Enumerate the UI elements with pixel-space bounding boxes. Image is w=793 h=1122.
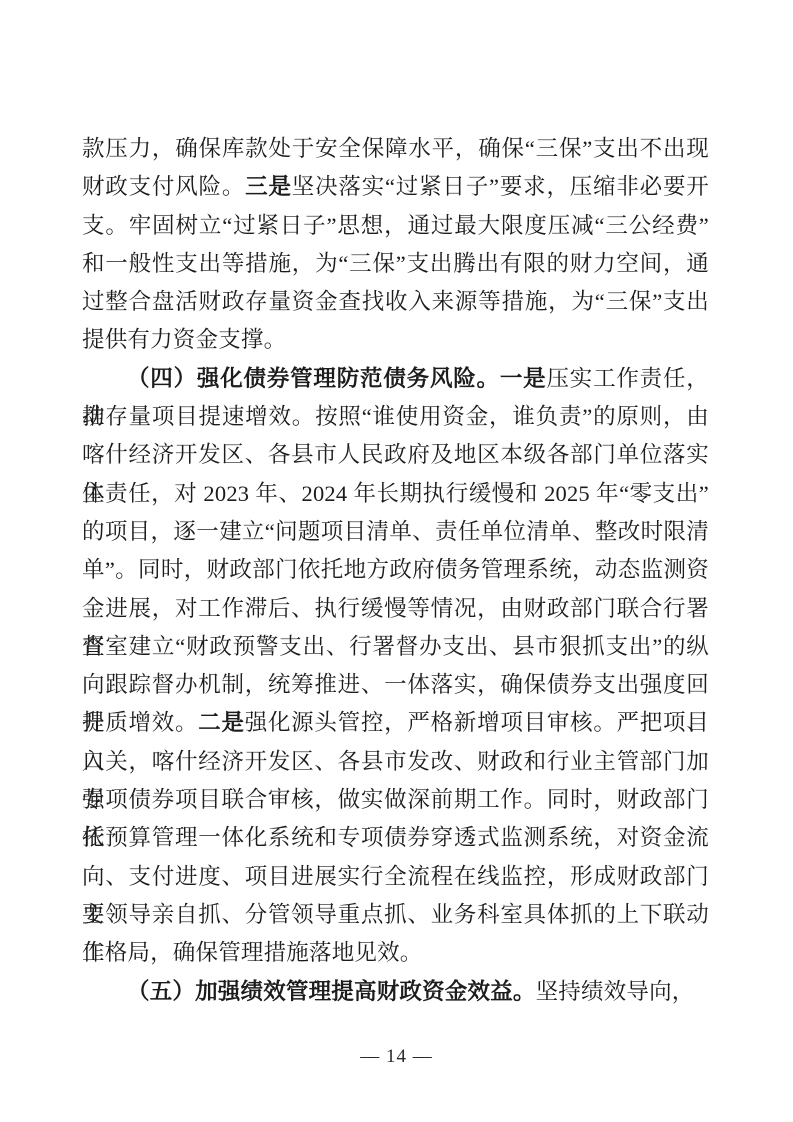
text-line: 的项目，逐一建立“问题项目清单、责任单位清单、整改时限清 bbox=[82, 513, 709, 551]
text-segment: 动存量项目提速增效。按照“谁使用资金，谁负责”的原则，由 bbox=[82, 404, 709, 429]
text-line: 和一般性支出等措施，为“三保”支出腾出有限的财力空间，通 bbox=[82, 245, 709, 283]
text-line: 金进展，对工作滞后、执行缓慢等情况，由财政部门联合行署督 bbox=[82, 590, 709, 628]
text-segment: 款压力，确保库款处于安全保障水平，确保“三保”支出不出现 bbox=[82, 136, 709, 161]
text-segment: 提供有力资金支撑。 bbox=[82, 327, 286, 352]
document-page: 款压力，确保库款处于安全保障水平，确保“三保”支出不出现 财政支付风险。三是坚决… bbox=[0, 0, 793, 1122]
text-line: 要领导亲自抓、分管领导重点抓、业务科室具体抓的上下联动工 bbox=[82, 896, 709, 934]
text-line: 口关，喀什经济开发区、各县市发改、财政和行业主管部门加强 bbox=[82, 743, 709, 781]
text-line: 向、支付进度、项目进展实行全流程在线监控，形成财政部门主 bbox=[82, 858, 709, 896]
text-segment: 体责任，对 2023 年、2024 年长期执行缓慢和 2025 年“零支出” bbox=[82, 481, 709, 506]
text-segment: 过整合盘活财政存量资金查找收入来源等措施，为“三保”支出 bbox=[82, 289, 709, 314]
text-segment: 坚决落实“过紧日子”要求，压缩非必要开 bbox=[292, 174, 709, 199]
text-segment: 和一般性支出等措施，为“三保”支出腾出有限的财力空间，通 bbox=[82, 251, 709, 276]
text-line: 喀什经济开发区、各县市人民政府及地区本级各部门单位落实主 bbox=[82, 436, 709, 474]
text-line: 提供有力资金支撑。 bbox=[82, 321, 709, 359]
text-line: 财政支付风险。三是坚决落实“过紧日子”要求，压缩非必要开 bbox=[82, 168, 709, 206]
text-segment: 托预算管理一体化系统和专项债券穿透式监测系统，对资金流 bbox=[82, 825, 709, 850]
page-number: — 14 — bbox=[0, 1043, 793, 1071]
text-line: 提质增效。二是强化源头管控，严格新增项目审核。严把项目入 bbox=[82, 704, 709, 742]
section-4-heading-line: （四）强化债券管理防范债务风险。一是压实工作责任，推 bbox=[82, 360, 709, 398]
text-line: 动存量项目提速增效。按照“谁使用资金，谁负责”的原则，由 bbox=[82, 398, 709, 436]
section-heading-segment: （五）加强绩效管理提高财政资金效益。 bbox=[127, 979, 536, 1004]
text-segment: 支。牢固树立“过紧日子”思想，通过最大限度压减“三公经费” bbox=[82, 213, 709, 238]
text-segment: 坚持绩效导向， bbox=[536, 979, 695, 1004]
text-line: 过整合盘活财政存量资金查找收入来源等措施，为“三保”支出 bbox=[82, 283, 709, 321]
bold-text-segment: 二是 bbox=[198, 710, 244, 735]
text-line: 体责任，对 2023 年、2024 年长期执行缓慢和 2025 年“零支出” bbox=[82, 475, 709, 513]
text-line: 作格局，确保管理措施落地见效。 bbox=[82, 934, 709, 972]
text-segment: 查室建立“财政预警支出、行署督办支出、县市狠抓支出”的纵 bbox=[82, 634, 709, 659]
text-segment: 单”。同时，财政部门依托地方政府债务管理系统，动态监测资 bbox=[82, 557, 709, 582]
text-line: 向跟踪督办机制，统筹推进、一体落实，确保债券支出强度回升、 bbox=[82, 666, 709, 704]
text-line: 款压力，确保库款处于安全保障水平，确保“三保”支出不出现 bbox=[82, 130, 709, 168]
text-line: 单”。同时，财政部门依托地方政府债务管理系统，动态监测资 bbox=[82, 551, 709, 589]
text-segment: 提质增效。 bbox=[82, 710, 198, 735]
document-body: 款压力，确保库款处于安全保障水平，确保“三保”支出不出现 财政支付风险。三是坚决… bbox=[82, 130, 709, 1011]
text-segment: 的项目，逐一建立“问题项目清单、责任单位清单、整改时限清 bbox=[82, 519, 709, 544]
text-segment: 作格局，确保管理措施落地见效。 bbox=[82, 940, 423, 965]
text-segment: 财政支付风险。 bbox=[82, 174, 245, 199]
bold-text-segment: 三是 bbox=[245, 174, 292, 199]
text-line: 托预算管理一体化系统和专项债券穿透式监测系统，对资金流 bbox=[82, 819, 709, 857]
section-5-heading-line: （五）加强绩效管理提高财政资金效益。坚持绩效导向， bbox=[82, 973, 709, 1011]
text-line: 专项债券项目联合审核，做实做深前期工作。同时，财政部门依 bbox=[82, 781, 709, 819]
text-line: 支。牢固树立“过紧日子”思想，通过最大限度压减“三公经费” bbox=[82, 207, 709, 245]
section-heading-segment: （四）强化债券管理防范债务风险。一是 bbox=[127, 366, 546, 391]
text-line: 查室建立“财政预警支出、行署督办支出、县市狠抓支出”的纵 bbox=[82, 628, 709, 666]
